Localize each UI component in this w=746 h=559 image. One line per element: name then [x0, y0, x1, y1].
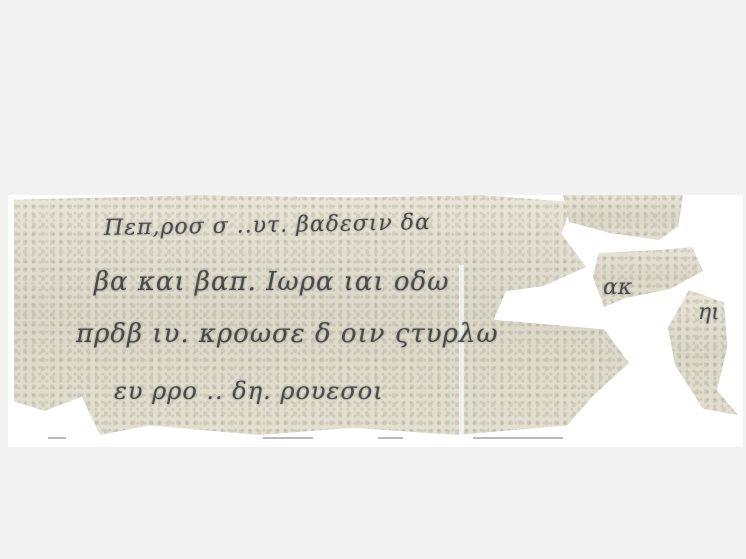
manuscript-line-4: ευ ρρο .. δη. ρουεσοι	[114, 377, 384, 405]
manuscript-fragment-top-right	[563, 195, 683, 240]
manuscript-line-3: πρδβ ιυ. κροωσε δ οιν ςτυρλω	[76, 319, 499, 349]
photo-plate: Πεπ,ροσ σ ..υτ. βαδεσιν δα βα και βαπ. Ι…	[8, 195, 743, 447]
manuscript-line-1: Πεπ,ροσ σ ..υτ. βαδεσιν δα	[104, 210, 431, 241]
scale-mark	[473, 437, 563, 439]
scale-mark	[378, 437, 403, 439]
scale-mark	[48, 437, 66, 439]
fragment-text-2: ηι	[698, 300, 720, 325]
manuscript-main-fragment: Πεπ,ροσ σ ..υτ. βαδεσιν δα βα και βαπ. Ι…	[14, 195, 629, 435]
manuscript-line-2: βα και βαπ. Ιωρα ιαι οδω	[94, 267, 449, 297]
fragment-crack	[459, 265, 464, 435]
scale-mark	[263, 437, 313, 439]
fragment-text-1: ακ	[603, 275, 632, 300]
